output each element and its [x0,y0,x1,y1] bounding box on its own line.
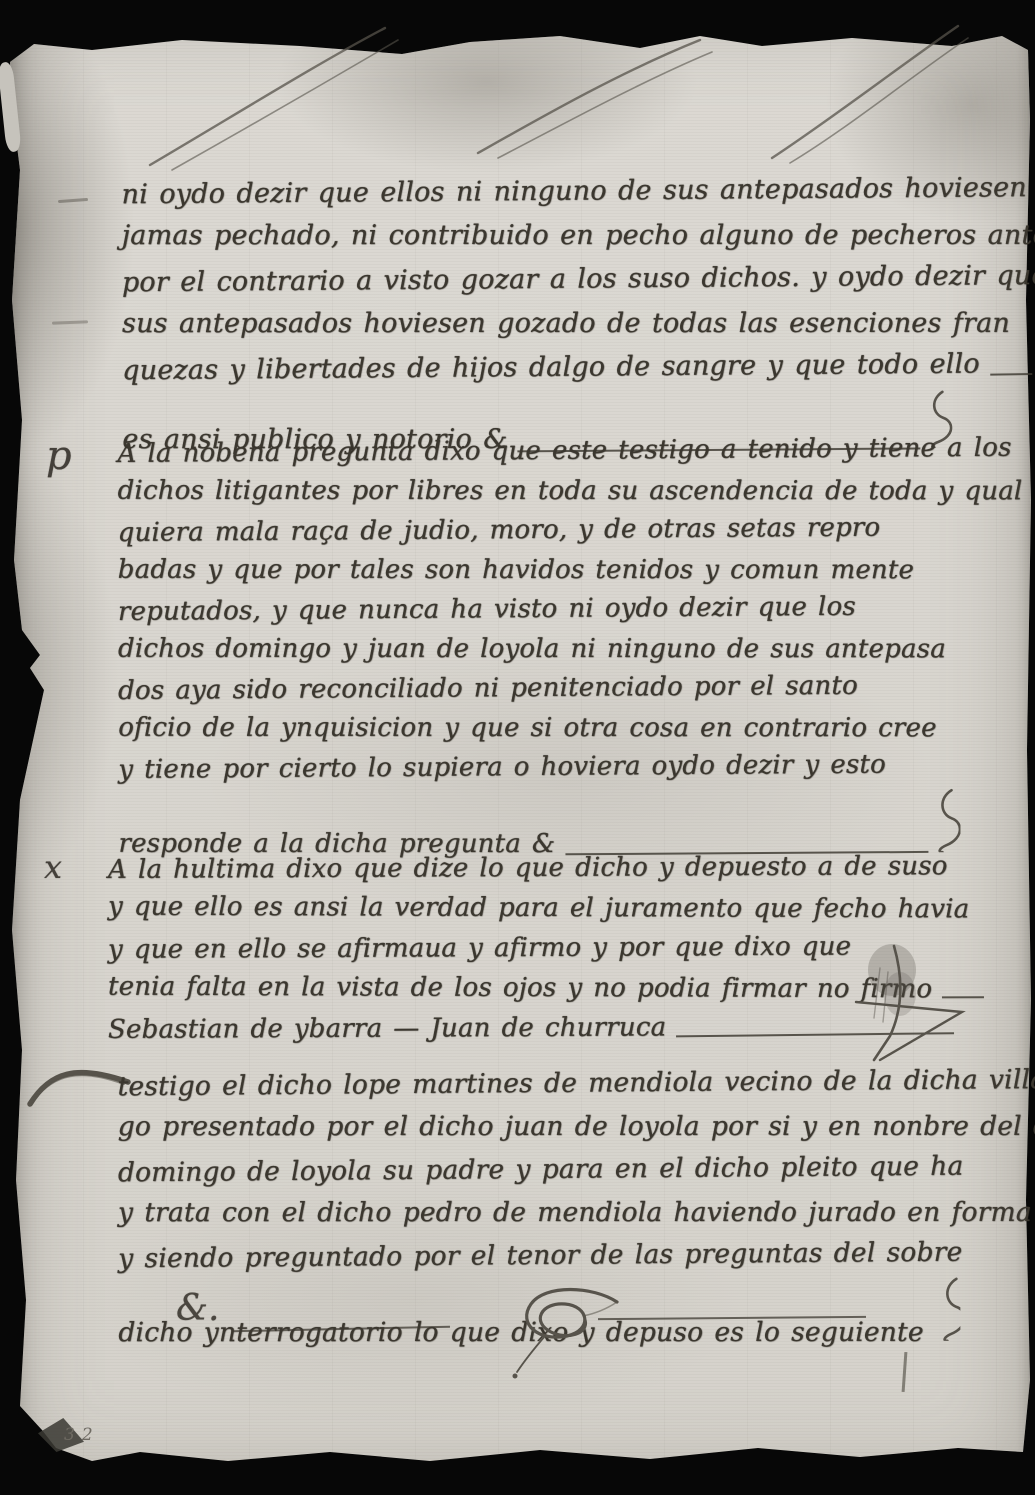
text-line: jamas pechado, ni contribuido en pecho a… [122,214,952,258]
paragraph-3: A la hultima dixo que dize lo que dicho … [108,848,960,1048]
page-number: 32 [64,1425,100,1445]
text-line: ni oydo dezir que ellos ni ninguno de su… [121,167,951,218]
line-text: reputados, y que nunca ha visto ni oydo … [118,588,856,633]
text-line: dichos domingo y juan de loyola ni ningu… [118,629,960,669]
text-line: y trata con el dicho pedro de mendiola h… [118,1191,960,1234]
manuscript-scan: ni oydo dezir que ellos ni ninguno de su… [0,0,1035,1495]
text-line: por el contrario a visto gozar a los sus… [122,255,952,306]
text-line: A la nobena pregunta dixo que este testi… [117,429,959,474]
line-text: dichos litigantes por libres en toda su … [118,471,1023,511]
line-text: ni oydo dezir que ellos ni ninguno de su… [121,166,1027,217]
line-text: Sebastian de ybarra — Juan de churruca [108,1007,666,1049]
text-line: y siendo preguntado por el tenor de las … [118,1231,960,1281]
line-text: y trata con el dicho pedro de mendiola h… [118,1191,1032,1234]
etcetera-mark: &. [176,1288,220,1329]
line-text: dos aya sido reconciliado ni penitenciad… [118,667,858,712]
line-text: dichos domingo y juan de loyola ni ningu… [118,629,946,669]
text-line: tenia falta en la vista de los ojos y no… [108,967,960,1010]
text-line: dichos litigantes por libres en toda su … [118,471,960,511]
text-line: dos aya sido reconciliado ni penitenciad… [118,666,960,711]
line-text: go presentado por el dicho juan de loyol… [118,1105,1035,1148]
line-text: quiera mala raça de judio, moro, y de ot… [118,509,881,554]
margin-mark-pregunta: p [46,433,72,479]
text-line: y que en ello se afirmaua y afirmo y por… [108,926,960,970]
line-text: y que ello es ansi la verdad para el jur… [108,887,969,930]
line-text: sus antepasados hoviesen gozado de todas… [122,302,1010,346]
line-text: por el contrario a visto gozar a los sus… [122,254,1035,305]
line-text: A la hultima dixo que dize lo que dicho … [108,846,948,890]
text-line: quezas y libertades de hijos dalgo de sa… [122,343,952,394]
line-text: y siendo preguntado por el tenor de las … [118,1231,963,1281]
text-line: Sebastian de ybarra — Juan de churruca [108,1006,960,1050]
paragraph-2: A la nobena pregunta dixo que este testi… [117,431,960,865]
line-text: tenia falta en la vista de los ojos y no… [108,967,932,1010]
text-line: reputados, y que nunca ha visto ni oydo … [118,587,960,632]
line-text: oficio de la ynquisicion y que si otra c… [118,708,937,748]
notary-coil-rubric-icon [505,1284,635,1396]
line-text: y tiene por cierto lo supiera o hoviera … [118,746,886,791]
paragraph-1: ni oydo dezir que ellos ni ninguno de su… [121,169,952,464]
text-line: quiera mala raça de judio, moro, y de ot… [118,508,960,553]
line-text: testigo el dicho lope martines de mendio… [117,1057,1035,1108]
text-line: oficio de la ynquisicion y que si otra c… [118,708,960,748]
margin-mark-item: x [44,848,62,886]
text-line: go presentado por el dicho juan de loyol… [118,1105,960,1148]
text-line: sus antepasados hoviesen gozado de todas… [122,302,952,346]
ink-blot-rubric-icon [850,940,980,1070]
text-line: domingo de loyola su padre y para en el … [118,1145,960,1195]
line-text: y que en ello se afirmaua y afirmo y por… [108,927,851,970]
line-text: badas y que por tales son havidos tenido… [118,550,914,590]
flourish-icon [934,788,960,852]
text-line: badas y que por tales son havidos tenido… [118,550,960,590]
text-line: A la hultima dixo que dize lo que dicho … [108,846,960,890]
flourish-icon [940,1277,961,1341]
line-text: domingo de loyola su padre y para en el … [118,1145,964,1195]
text-line: y que ello es ansi la verdad para el jur… [108,887,960,930]
line-text: quezas y libertades de hijos dalgo de sa… [122,343,980,394]
line-text: A la nobena pregunta dixo que este testi… [117,429,1011,475]
text-line: testigo el dicho lope martines de mendio… [117,1059,959,1109]
text-line: y tiene por cierto lo supiera o hoviera … [118,745,960,790]
line-text: jamas pechado, ni contribuido en pecho a… [122,214,1035,258]
